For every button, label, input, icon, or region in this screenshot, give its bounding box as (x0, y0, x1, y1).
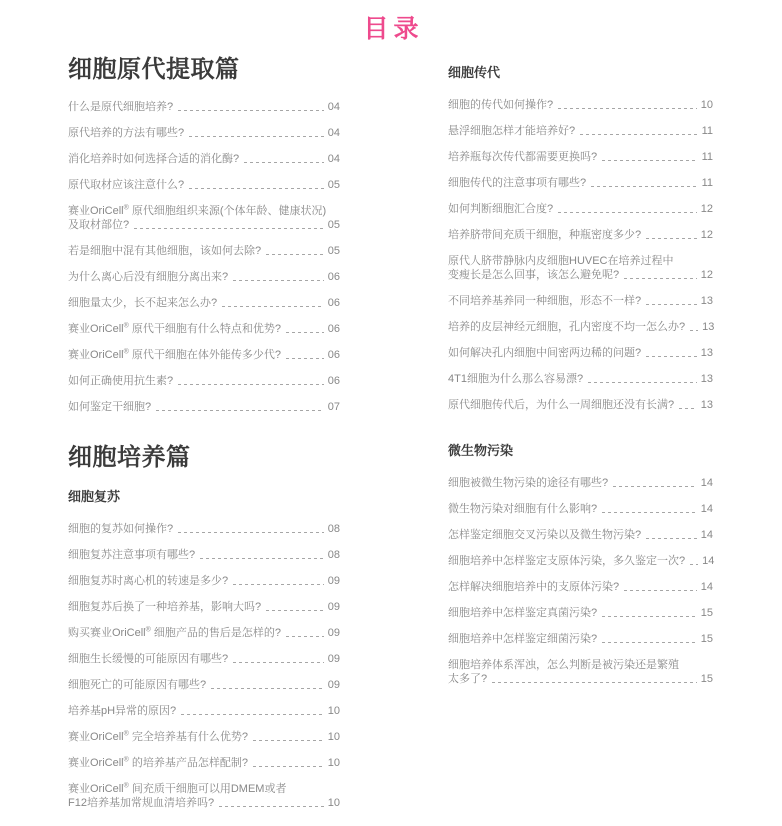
page-number: 11 (702, 124, 713, 138)
toc-item-text: 如何判断细胞汇合度? (448, 202, 553, 216)
toc-item-line: 赛业OriCell® 原代细胞组织来源(个体年龄、健康状况) (68, 204, 340, 218)
toc-item-last-line: 细胞量太少，长不起来怎么办?06 (68, 296, 340, 310)
page-number: 13 (701, 346, 713, 360)
toc-item: 培养的皮层神经元细胞，孔内密度不均一怎么办?13 (448, 320, 713, 334)
toc-item-last-line: 赛业OriCell® 完全培养基有什么优势?10 (68, 730, 340, 744)
page-number: 08 (328, 522, 340, 536)
toc-item: 细胞死亡的可能原因有哪些?09 (68, 678, 340, 692)
dotted-leader (286, 332, 324, 333)
page-number: 15 (701, 632, 713, 646)
toc-item: 消化培养时如何选择合适的消化酶?04 (68, 152, 340, 166)
toc-item-text: 细胞的复苏如何操作? (68, 522, 173, 536)
page-number: 13 (701, 398, 713, 412)
dotted-leader (253, 766, 324, 767)
page-number: 14 (701, 502, 713, 516)
page-number: 15 (701, 672, 713, 686)
toc-item: 赛业OriCell® 间充质干细胞可以用DMEM或者F12培养基加常规血清培养吗… (68, 782, 340, 810)
toc-item-last-line: 4T1细胞为什么那么容易漂?13 (448, 372, 713, 386)
page-number: 09 (328, 600, 340, 614)
page-number: 06 (328, 270, 340, 284)
page-number: 08 (328, 548, 340, 562)
toc-item-last-line: 培养基pH异常的原因?10 (68, 704, 340, 718)
toc-item-text: 原代取材应该注意什么? (68, 178, 184, 192)
dotted-leader (580, 134, 697, 135)
dotted-leader (178, 532, 324, 533)
toc-item: 如何正确使用抗生素?06 (68, 374, 340, 388)
toc-item-text: 如何解决孔内细胞中间密两边稀的问题? (448, 346, 641, 360)
chapter-heading: 细胞原代提取篇 (68, 56, 340, 84)
dotted-leader (558, 212, 697, 213)
toc-item-last-line: 不同培养基养同一种细胞，形态不一样?13 (448, 294, 713, 308)
toc-item-text: 赛业OriCell® 完全培养基有什么优势? (68, 730, 248, 744)
page-number: 15 (701, 606, 713, 620)
page-number: 04 (328, 100, 340, 114)
toc-item-last-line: 怎样鉴定细胞交叉污染以及微生物污染?14 (448, 528, 713, 542)
toc-item-text: 赛业OriCell® 原代干细胞在体外能传多少代? (68, 348, 281, 362)
toc-item-last-line: 悬浮细胞怎样才能培养好?11 (448, 124, 713, 138)
toc-item: 如何判断细胞汇合度?12 (448, 202, 713, 216)
toc-item-last-line: 如何解决孔内细胞中间密两边稀的问题?13 (448, 346, 713, 360)
toc-item: 4T1细胞为什么那么容易漂?13 (448, 372, 713, 386)
toc-item-line: 细胞培养体系浑浊，怎么判断是被污染还是繁殖 (448, 658, 713, 672)
toc-item: 如何鉴定干细胞?07 (68, 400, 340, 414)
toc-item-text: 为什么离心后没有细胞分离出来? (68, 270, 228, 284)
dotted-leader (233, 280, 324, 281)
toc-item: 赛业OriCell® 完全培养基有什么优势?10 (68, 730, 340, 744)
toc-item-last-line: 培养脐带间充质干细胞，种瓶密度多少?12 (448, 228, 713, 242)
page-number: 14 (702, 554, 714, 568)
dotted-leader (244, 162, 324, 163)
toc-item-text: 及取材部位? (68, 218, 129, 232)
toc-item-text: 怎样解决细胞培养中的支原体污染? (448, 580, 619, 594)
toc-item-last-line: F12培养基加常规血清培养吗?10 (68, 796, 340, 810)
page-number: 13 (701, 294, 713, 308)
toc-item-text: 细胞传代的注意事项有哪些? (448, 176, 586, 190)
page-title: 目录 (0, 9, 782, 45)
toc-item-text: F12培养基加常规血清培养吗? (68, 796, 214, 810)
page-number: 12 (701, 202, 713, 216)
dotted-leader (222, 306, 324, 307)
toc-item-text: 如何鉴定干细胞? (68, 400, 151, 414)
toc-item: 细胞培养中怎样鉴定支原体污染，多久鉴定一次?14 (448, 554, 713, 568)
toc-item-text: 微生物污染对细胞有什么影响? (448, 502, 597, 516)
toc-item: 培养脐带间充质干细胞，种瓶密度多少?12 (448, 228, 713, 242)
toc-item-last-line: 原代培养的方法有哪些?04 (68, 126, 340, 140)
page-number: 10 (328, 796, 340, 810)
toc-item-text: 变瘦长是怎么回事，该怎么避免呢? (448, 268, 619, 282)
page-number: 11 (702, 150, 713, 164)
toc-item: 为什么离心后没有细胞分离出来?06 (68, 270, 340, 284)
toc-item: 细胞复苏注意事项有哪些?08 (68, 548, 340, 562)
page-number: 10 (328, 756, 340, 770)
toc-item: 怎样鉴定细胞交叉污染以及微生物污染?14 (448, 528, 713, 542)
toc-item-last-line: 细胞复苏时离心机的转速是多少?09 (68, 574, 340, 588)
toc-item: 微生物污染对细胞有什么影响?14 (448, 502, 713, 516)
toc-item-text: 细胞量太少，长不起来怎么办? (68, 296, 217, 310)
toc-item: 赛业OriCell® 原代干细胞有什么特点和优势?06 (68, 322, 340, 336)
section-heading: 细胞复苏 (68, 488, 340, 505)
toc-item: 如何解决孔内细胞中间密两边稀的问题?13 (448, 346, 713, 360)
page-number: 05 (328, 244, 340, 258)
toc-item-last-line: 细胞培养中怎样鉴定细菌污染?15 (448, 632, 713, 646)
page-number: 14 (701, 476, 713, 490)
toc-item-line: 赛业OriCell® 间充质干细胞可以用DMEM或者 (68, 782, 340, 796)
toc-item-last-line: 赛业OriCell® 的培养基产品怎样配制?10 (68, 756, 340, 770)
toc-column-left: 细胞原代提取篇什么是原代细胞培养?04原代培养的方法有哪些?04消化培养时如何选… (68, 56, 340, 822)
dotted-leader (613, 486, 697, 487)
toc-item-text: 培养基pH异常的原因? (68, 704, 176, 718)
section-heading: 细胞传代 (448, 64, 713, 81)
toc-item-last-line: 细胞被微生物污染的途径有哪些?14 (448, 476, 713, 490)
dotted-leader (602, 512, 697, 513)
toc-item-last-line: 为什么离心后没有细胞分离出来?06 (68, 270, 340, 284)
toc-item-last-line: 如何正确使用抗生素?06 (68, 374, 340, 388)
toc-item: 细胞培养体系浑浊，怎么判断是被污染还是繁殖太多了?15 (448, 658, 713, 686)
dotted-leader (646, 304, 697, 305)
toc-item: 不同培养基养同一种细胞，形态不一样?13 (448, 294, 713, 308)
toc-section: 细胞传代细胞的传代如何操作?10悬浮细胞怎样才能培养好?11培养瓶每次传代都需要… (448, 64, 713, 412)
toc-item-last-line: 细胞的传代如何操作?10 (448, 98, 713, 112)
toc-item-last-line: 变瘦长是怎么回事，该怎么避免呢?12 (448, 268, 713, 282)
page-number: 14 (701, 580, 713, 594)
page-number: 04 (328, 152, 340, 166)
toc-item: 什么是原代细胞培养?04 (68, 100, 340, 114)
toc-column-right: 细胞传代细胞的传代如何操作?10悬浮细胞怎样才能培养好?11培养瓶每次传代都需要… (448, 56, 713, 698)
dotted-leader (233, 584, 324, 585)
page-number: 09 (328, 574, 340, 588)
page-number: 06 (328, 348, 340, 362)
toc-item: 培养瓶每次传代都需要更换吗?11 (448, 150, 713, 164)
toc-item-last-line: 细胞死亡的可能原因有哪些?09 (68, 678, 340, 692)
dotted-leader (200, 558, 324, 559)
toc-item-text: 细胞培养中怎样鉴定真菌污染? (448, 606, 597, 620)
dotted-leader (266, 254, 324, 255)
toc-item-last-line: 购买赛业OriCell® 细胞产品的售后是怎样的?09 (68, 626, 340, 640)
toc-item-last-line: 太多了?15 (448, 672, 713, 686)
toc-item: 细胞传代的注意事项有哪些?11 (448, 176, 713, 190)
page-number: 10 (328, 730, 340, 744)
page-number: 04 (328, 126, 340, 140)
toc-item-text: 赛业OriCell® 原代干细胞有什么特点和优势? (68, 322, 281, 336)
toc-item-text: 不同培养基养同一种细胞，形态不一样? (448, 294, 641, 308)
dotted-leader (624, 590, 697, 591)
toc-item-text: 细胞死亡的可能原因有哪些? (68, 678, 206, 692)
toc-item: 原代取材应该注意什么?05 (68, 178, 340, 192)
page-number: 12 (701, 268, 713, 282)
toc-item: 细胞量太少，长不起来怎么办?06 (68, 296, 340, 310)
chapter-heading: 细胞培养篇 (68, 444, 340, 472)
toc-item-text: 怎样鉴定细胞交叉污染以及微生物污染? (448, 528, 641, 542)
toc-item: 悬浮细胞怎样才能培养好?11 (448, 124, 713, 138)
dotted-leader (690, 330, 698, 331)
toc-item-last-line: 如何鉴定干细胞?07 (68, 400, 340, 414)
dotted-leader (646, 356, 697, 357)
page-number: 12 (701, 228, 713, 242)
toc-item-text: 如何正确使用抗生素? (68, 374, 173, 388)
toc-item-text: 原代培养的方法有哪些? (68, 126, 184, 140)
toc-item: 细胞生长缓慢的可能原因有哪些?09 (68, 652, 340, 666)
page-number: 05 (328, 218, 340, 232)
toc-item-text: 原代细胞传代后，为什么一周细胞还没有长满? (448, 398, 674, 412)
toc-item-text: 培养的皮层神经元细胞，孔内密度不均一怎么办? (448, 320, 685, 334)
page-number: 13 (701, 372, 713, 386)
toc-item: 赛业OriCell® 的培养基产品怎样配制?10 (68, 756, 340, 770)
toc-item-last-line: 如何判断细胞汇合度?12 (448, 202, 713, 216)
page-number: 11 (702, 176, 713, 190)
toc-item-last-line: 细胞的复苏如何操作?08 (68, 522, 340, 536)
dotted-leader (178, 384, 324, 385)
toc-item-text: 太多了? (448, 672, 487, 686)
dotted-leader (211, 688, 324, 689)
dotted-leader (266, 610, 324, 611)
toc-item: 赛业OriCell® 原代细胞组织来源(个体年龄、健康状况)及取材部位?05 (68, 204, 340, 232)
toc-item-text: 若是细胞中混有其他细胞，该如何去除? (68, 244, 261, 258)
toc-item-last-line: 赛业OriCell® 原代干细胞有什么特点和优势?06 (68, 322, 340, 336)
toc-item: 若是细胞中混有其他细胞，该如何去除?05 (68, 244, 340, 258)
toc-item: 细胞被微生物污染的途径有哪些?14 (448, 476, 713, 490)
dotted-leader (646, 538, 697, 539)
toc-item-last-line: 微生物污染对细胞有什么影响?14 (448, 502, 713, 516)
toc-item-last-line: 什么是原代细胞培养?04 (68, 100, 340, 114)
toc-item: 细胞培养中怎样鉴定细菌污染?15 (448, 632, 713, 646)
page-number: 07 (328, 400, 340, 414)
dotted-leader (286, 636, 324, 637)
toc-item-text: 细胞被微生物污染的途径有哪些? (448, 476, 608, 490)
dotted-leader (286, 358, 324, 359)
page-number: 10 (701, 98, 713, 112)
dotted-leader (156, 410, 324, 411)
toc-item-text: 细胞复苏时离心机的转速是多少? (68, 574, 228, 588)
toc-item: 培养基pH异常的原因?10 (68, 704, 340, 718)
toc-item-last-line: 怎样解决细胞培养中的支原体污染?14 (448, 580, 713, 594)
toc-item-last-line: 消化培养时如何选择合适的消化酶?04 (68, 152, 340, 166)
toc-item: 原代人脐带静脉内皮细胞HUVEC在培养过程中变瘦长是怎么回事，该怎么避免呢?12 (448, 254, 713, 282)
toc-item: 细胞的复苏如何操作?08 (68, 522, 340, 536)
page-number: 14 (701, 528, 713, 542)
toc-item: 原代细胞传代后，为什么一周细胞还没有长满?13 (448, 398, 713, 412)
dotted-leader (602, 642, 697, 643)
dotted-leader (558, 108, 697, 109)
toc-item-last-line: 细胞复苏注意事项有哪些?08 (68, 548, 340, 562)
dotted-leader (189, 188, 324, 189)
dotted-leader (624, 278, 697, 279)
dotted-leader (690, 564, 698, 565)
toc-item-text: 4T1细胞为什么那么容易漂? (448, 372, 583, 386)
toc-item: 赛业OriCell® 原代干细胞在体外能传多少代?06 (68, 348, 340, 362)
dotted-leader (646, 238, 697, 239)
dotted-leader (189, 136, 324, 137)
toc-item: 细胞复苏时离心机的转速是多少?09 (68, 574, 340, 588)
section-heading: 微生物污染 (448, 442, 713, 459)
dotted-leader (679, 408, 697, 409)
toc-item-last-line: 赛业OriCell® 原代干细胞在体外能传多少代?06 (68, 348, 340, 362)
page-number: 06 (328, 374, 340, 388)
dotted-leader (253, 740, 324, 741)
dotted-leader (602, 616, 697, 617)
toc-item-last-line: 细胞生长缓慢的可能原因有哪些?09 (68, 652, 340, 666)
toc-item-last-line: 细胞复苏后换了一种培养基，影响大吗?09 (68, 600, 340, 614)
page-number: 05 (328, 178, 340, 192)
page-number: 06 (328, 296, 340, 310)
dotted-leader (134, 228, 324, 229)
toc-item-text: 细胞生长缓慢的可能原因有哪些? (68, 652, 228, 666)
dotted-leader (219, 806, 324, 807)
toc-item-text: 培养脐带间充质干细胞，种瓶密度多少? (448, 228, 641, 242)
toc-item-last-line: 若是细胞中混有其他细胞，该如何去除?05 (68, 244, 340, 258)
dotted-leader (233, 662, 324, 663)
page-number: 06 (328, 322, 340, 336)
toc-item-text: 悬浮细胞怎样才能培养好? (448, 124, 575, 138)
toc-item-text: 购买赛业OriCell® 细胞产品的售后是怎样的? (68, 626, 281, 640)
toc-item-text: 培养瓶每次传代都需要更换吗? (448, 150, 597, 164)
page-number: 13 (702, 320, 714, 334)
toc-section: 细胞原代提取篇什么是原代细胞培养?04原代培养的方法有哪些?04消化培养时如何选… (68, 56, 340, 414)
toc-item-text: 赛业OriCell® 的培养基产品怎样配制? (68, 756, 248, 770)
dotted-leader (602, 160, 697, 161)
toc-item-text: 消化培养时如何选择合适的消化酶? (68, 152, 239, 166)
dotted-leader (181, 714, 324, 715)
toc-item: 细胞的传代如何操作?10 (448, 98, 713, 112)
toc-item-text: 细胞复苏注意事项有哪些? (68, 548, 195, 562)
dotted-leader (591, 186, 697, 187)
page-number: 10 (328, 704, 340, 718)
toc-item-last-line: 培养瓶每次传代都需要更换吗?11 (448, 150, 713, 164)
toc-section: 微生物污染细胞被微生物污染的途径有哪些?14微生物污染对细胞有什么影响?14怎样… (448, 442, 713, 686)
dotted-leader (588, 382, 697, 383)
dotted-leader (178, 110, 324, 111)
page-number: 09 (328, 678, 340, 692)
toc-item-text: 细胞的传代如何操作? (448, 98, 553, 112)
toc-item-last-line: 培养的皮层神经元细胞，孔内密度不均一怎么办?13 (448, 320, 713, 334)
toc-item-line: 原代人脐带静脉内皮细胞HUVEC在培养过程中 (448, 254, 713, 268)
toc-item-last-line: 细胞培养中怎样鉴定真菌污染?15 (448, 606, 713, 620)
toc-item-text: 细胞培养中怎样鉴定细菌污染? (448, 632, 597, 646)
toc-item-text: 什么是原代细胞培养? (68, 100, 173, 114)
toc-item: 原代培养的方法有哪些?04 (68, 126, 340, 140)
toc-item-text: 细胞培养中怎样鉴定支原体污染，多久鉴定一次? (448, 554, 685, 568)
page-number: 09 (328, 652, 340, 666)
toc-item-last-line: 细胞传代的注意事项有哪些?11 (448, 176, 713, 190)
toc-item-text: 细胞复苏后换了一种培养基，影响大吗? (68, 600, 261, 614)
page-number: 09 (328, 626, 340, 640)
toc-section: 细胞培养篇细胞复苏细胞的复苏如何操作?08细胞复苏注意事项有哪些?08细胞复苏时… (68, 444, 340, 810)
toc-item: 怎样解决细胞培养中的支原体污染?14 (448, 580, 713, 594)
toc-item-last-line: 原代取材应该注意什么?05 (68, 178, 340, 192)
toc-item-last-line: 及取材部位?05 (68, 218, 340, 232)
toc-item-last-line: 细胞培养中怎样鉴定支原体污染，多久鉴定一次?14 (448, 554, 713, 568)
toc-item: 细胞培养中怎样鉴定真菌污染?15 (448, 606, 713, 620)
toc-item: 购买赛业OriCell® 细胞产品的售后是怎样的?09 (68, 626, 340, 640)
toc-item: 细胞复苏后换了一种培养基，影响大吗?09 (68, 600, 340, 614)
dotted-leader (492, 682, 697, 683)
toc-item-last-line: 原代细胞传代后，为什么一周细胞还没有长满?13 (448, 398, 713, 412)
